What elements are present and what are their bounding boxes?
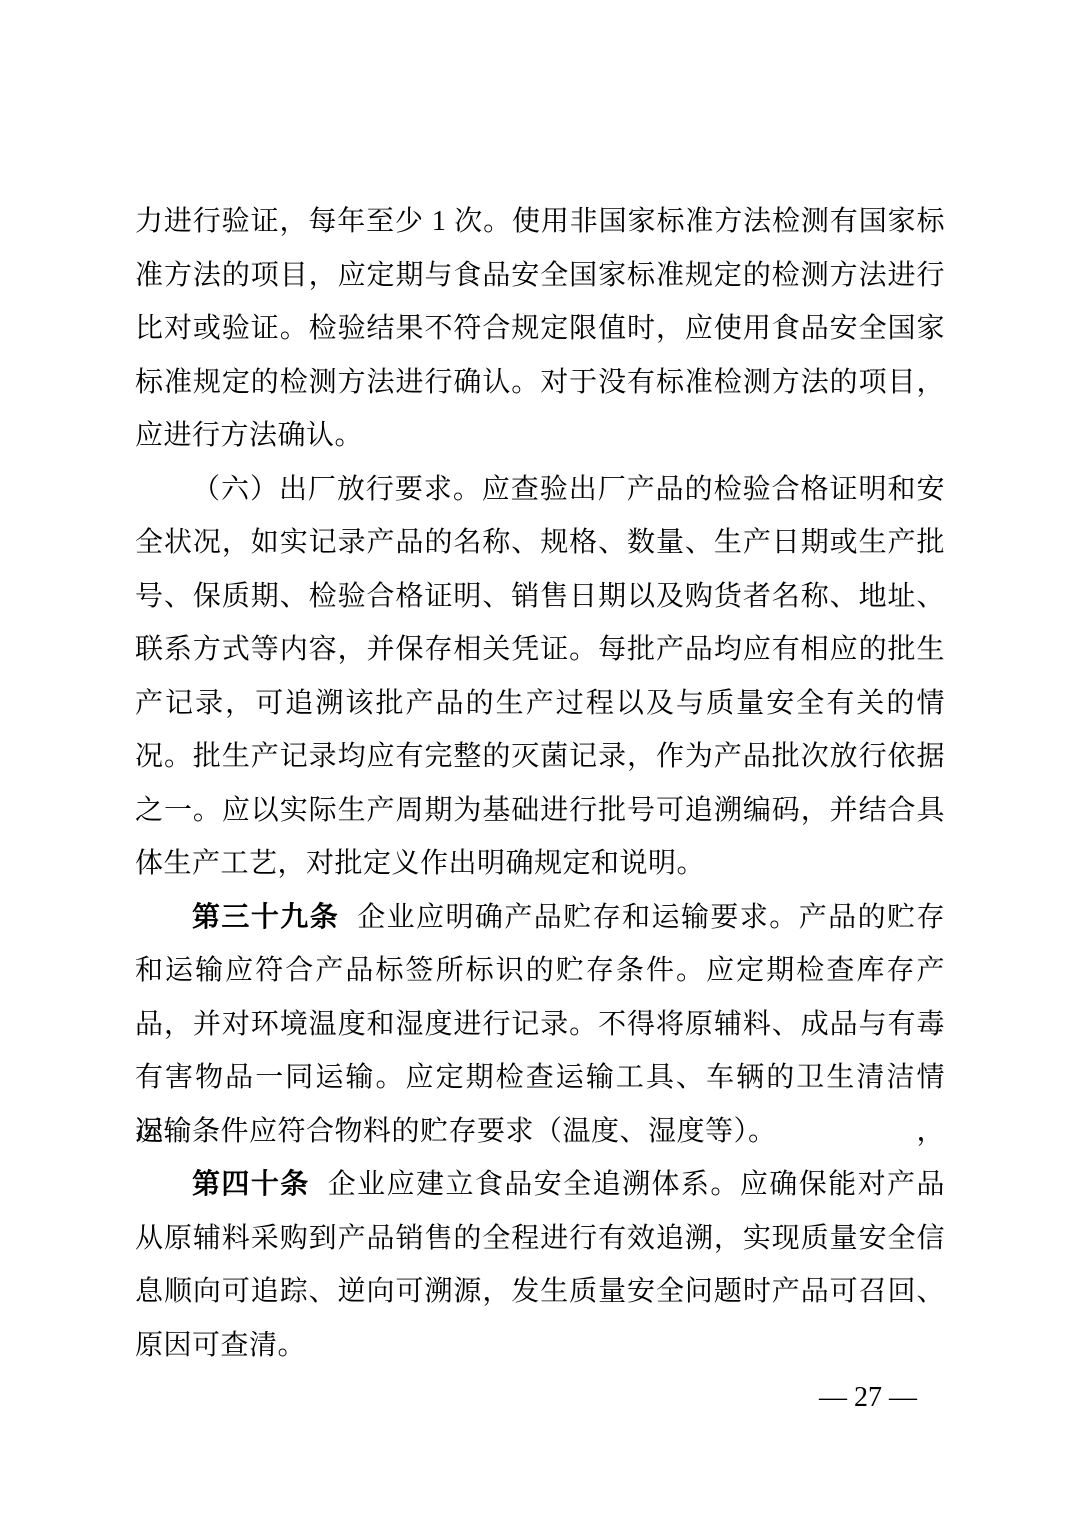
text-line: 应进行方法确认。 (135, 409, 945, 463)
text-line: 第四十条企业应建立食品安全追溯体系。应确保能对产品 (135, 1158, 945, 1212)
text-line: 品，并对环境温度和湿度进行记录。不得将原辅料、成品与有毒 (135, 998, 945, 1052)
text-line: 号、保质期、检验合格证明、销售日期以及购货者名称、地址、 (135, 570, 945, 624)
paragraph-article-39: 第三十九条企业应明确产品贮存和运输要求。产品的贮存 和运输应符合产品标签所标识的… (135, 891, 945, 1159)
page-number: — 27 — (819, 1382, 917, 1414)
document-body: 力进行验证，每年至少 1 次。使用非国家标准方法检测有国家标 准方法的项目，应定… (135, 195, 945, 1372)
text-line: 况。批生产记录均应有完整的灭菌记录，作为产品批次放行依据 (135, 730, 945, 784)
paragraph-item-six: （六）出厂放行要求。应查验出厂产品的检验合格证明和安 全状况，如实记录产品的名称… (135, 463, 945, 891)
paragraph-article-40: 第四十条企业应建立食品安全追溯体系。应确保能对产品 从原辅料采购到产品销售的全程… (135, 1158, 945, 1372)
text-line: 有害物品一同运输。应定期检查运输工具、车辆的卫生清洁情况， (135, 1051, 945, 1105)
paragraph-continuation: 力进行验证，每年至少 1 次。使用非国家标准方法检测有国家标 准方法的项目，应定… (135, 195, 945, 463)
text-line: 联系方式等内容，并保存相关凭证。每批产品均应有相应的批生 (135, 623, 945, 677)
text-line: 标准规定的检测方法进行确认。对于没有标准检测方法的项目， (135, 356, 945, 410)
text-line: 体生产工艺，对批定义作出明确规定和说明。 (135, 837, 945, 891)
text-line: 力进行验证，每年至少 1 次。使用非国家标准方法检测有国家标 (135, 195, 945, 249)
article-number-label: 第四十条 (192, 1169, 310, 1200)
text-run: 企业应明确产品贮存和运输要求。产品的贮存 (357, 902, 945, 933)
document-page: 力进行验证，每年至少 1 次。使用非国家标准方法检测有国家标 准方法的项目，应定… (0, 0, 1080, 1527)
text-line: 准方法的项目，应定期与食品安全国家标准规定的检测方法进行 (135, 249, 945, 303)
text-line: 比对或验证。检验结果不符合规定限值时，应使用食品安全国家 (135, 302, 945, 356)
text-line: 和运输应符合产品标签所标识的贮存条件。应定期检查库存产 (135, 944, 945, 998)
text-line: 之一。应以实际生产周期为基础进行批号可追溯编码，并结合具 (135, 784, 945, 838)
text-line: 第三十九条企业应明确产品贮存和运输要求。产品的贮存 (135, 891, 945, 945)
text-line: 原因可查清。 (135, 1319, 945, 1373)
text-line: （六）出厂放行要求。应查验出厂产品的检验合格证明和安 (135, 463, 945, 517)
text-line: 息顺向可追踪、逆向可溯源，发生质量安全问题时产品可召回、 (135, 1265, 945, 1319)
text-line: 产记录，可追溯该批产品的生产过程以及与质量安全有关的情 (135, 677, 945, 731)
text-run: 企业应建立食品安全追溯体系。应确保能对产品 (328, 1169, 945, 1200)
text-line: 全状况，如实记录产品的名称、规格、数量、生产日期或生产批 (135, 516, 945, 570)
text-line: 从原辅料采购到产品销售的全程进行有效追溯，实现质量安全信 (135, 1212, 945, 1266)
article-number-label: 第三十九条 (192, 902, 339, 933)
